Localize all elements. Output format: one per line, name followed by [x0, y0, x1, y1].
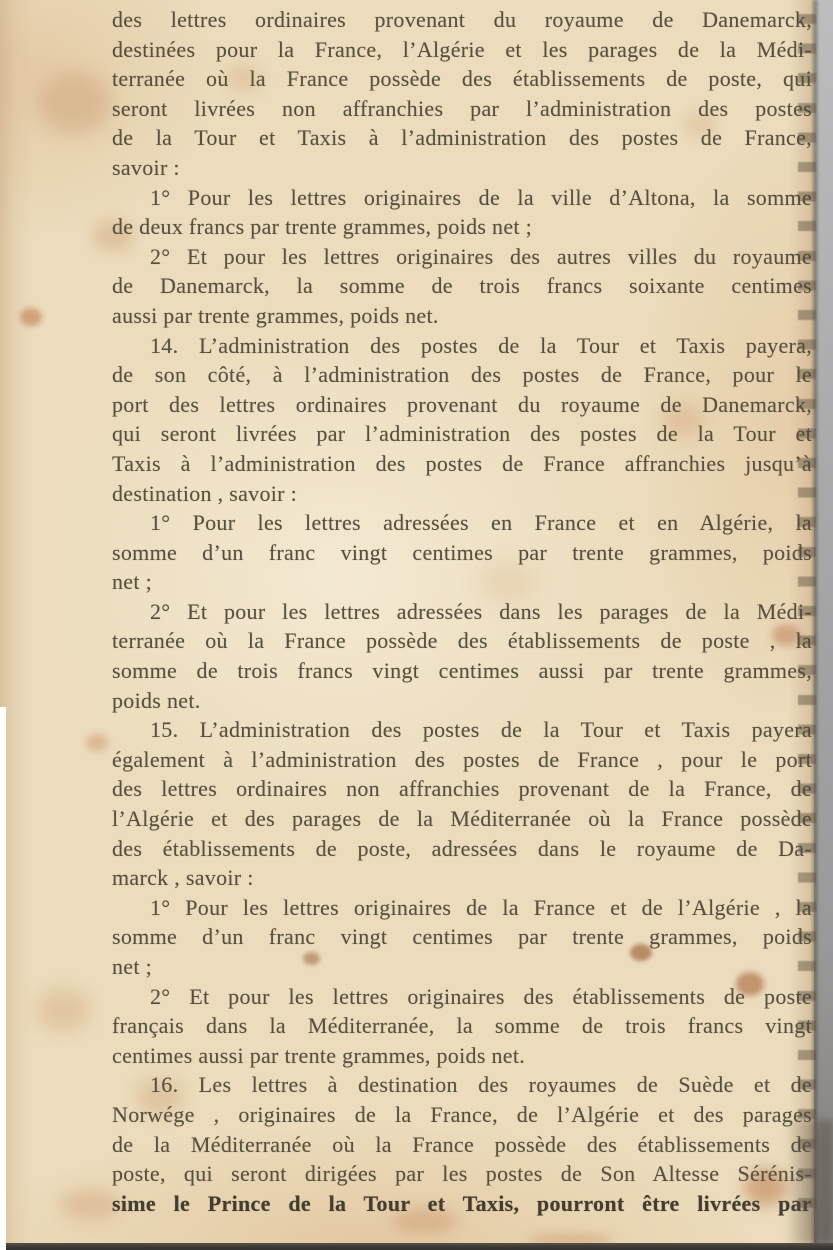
text-line: 14. L’administration des postes de la To… — [112, 331, 812, 361]
text-line: somme d’un franc vingt centimes par tren… — [112, 922, 812, 952]
text-line: des lettres ordinaires non affranchies p… — [112, 774, 812, 804]
text-line: net ; — [112, 952, 812, 982]
paragraph: 14. L’administration des postes de la To… — [112, 331, 812, 509]
text-line: de deux francs par trente grammes, poids… — [112, 212, 812, 242]
text-line: port des lettres ordinaires provenant du… — [112, 390, 812, 420]
text-line: destination , savoir : — [112, 479, 812, 509]
text-line: 2° Et pour les lettres adressées dans le… — [112, 597, 812, 627]
foxing-spot — [20, 308, 42, 326]
text-line: de Danemarck, la somme de trois francs s… — [112, 271, 812, 301]
paragraph: 2° Et pour les lettres adressées dans le… — [112, 597, 812, 715]
text-line: qui seront livrées par l’administration … — [112, 419, 812, 449]
paragraph: 2° Et pour les lettres originaires des é… — [112, 982, 812, 1071]
bottom-right-shadow — [786, 1120, 833, 1244]
paragraph: 16. Les lettres à destination des royaum… — [112, 1070, 812, 1218]
text-line: terranée où la France possède des établi… — [112, 626, 812, 656]
text-line: destinées pour la France, l’Algérie et l… — [112, 35, 812, 65]
text-line: 1° Pour les lettres originaires de la vi… — [112, 183, 812, 213]
text-line: somme de trois francs vingt centimes aus… — [112, 656, 812, 686]
left-scan-notch — [0, 707, 6, 1250]
text-line: de la Tour et Taxis à l’administration d… — [112, 123, 812, 153]
text-line: Norwége , originaires de la France, de l… — [112, 1100, 812, 1130]
text-line: somme d’un franc vingt centimes par tren… — [112, 538, 812, 568]
text-line: des lettres ordinaires provenant du roya… — [112, 5, 812, 35]
paragraph: 2° Et pour les lettres originaires des a… — [112, 242, 812, 331]
text-line: marck , savoir : — [112, 863, 812, 893]
text-line: 1° Pour les lettres adressées en France … — [112, 508, 812, 538]
foxing-spot — [60, 1190, 120, 1220]
text-line: 2° Et pour les lettres originaires des a… — [112, 242, 812, 272]
text-line: 15. L’administration des postes de la To… — [112, 715, 812, 745]
bottom-scan-strip — [0, 1243, 833, 1250]
paragraph: 1° Pour les lettres originaires de la Fr… — [112, 893, 812, 982]
paragraph: 1° Pour les lettres adressées en France … — [112, 508, 812, 597]
paragraph: des lettres ordinaires provenant du roya… — [112, 5, 812, 183]
page-right-edge — [811, 0, 818, 1244]
paragraph: 1° Pour les lettres originaires de la vi… — [112, 183, 812, 242]
text-line: centimes aussi par trente grammes, poids… — [112, 1041, 812, 1071]
text-line: de son côté, à l’administration des post… — [112, 360, 812, 390]
text-line: aussi par trente grammes, poids net. — [112, 301, 812, 331]
foxing-spot — [36, 988, 90, 1032]
text-line: seront livrées non affranchies par l’adm… — [112, 94, 812, 124]
text-line: savoir : — [112, 153, 812, 183]
text-line: sime le Prince de la Tour et Taxis, pour… — [112, 1189, 812, 1219]
text-line: français dans la Méditerranée, la somme … — [112, 1011, 812, 1041]
text-line: 2° Et pour les lettres originaires des é… — [112, 982, 812, 1012]
text-line: terranée où la France possède des établi… — [112, 64, 812, 94]
text-line: 1° Pour les lettres originaires de la Fr… — [112, 893, 812, 923]
text-line: poste, qui seront dirigées par les poste… — [112, 1159, 812, 1189]
text-line: 16. Les lettres à destination des royaum… — [112, 1070, 812, 1100]
text-line: l’Algérie et des parages de la Méditerra… — [112, 804, 812, 834]
text-line: également à l’administration des postes … — [112, 745, 812, 775]
text-block: des lettres ordinaires provenant du roya… — [112, 5, 812, 1218]
text-line: de la Méditerranée où la France possède … — [112, 1130, 812, 1160]
text-line: poids net. — [112, 686, 812, 716]
foxing-spot — [38, 72, 112, 134]
foxing-spot — [86, 734, 108, 751]
paragraph: 15. L’administration des postes de la To… — [112, 715, 812, 893]
scanned-book-page: { "document": { "kind": "scanned printed… — [0, 0, 833, 1250]
text-line: des établissements de poste, adressées d… — [112, 834, 812, 864]
text-line: net ; — [112, 567, 812, 597]
text-line: Taxis à l’administration des postes de F… — [112, 449, 812, 479]
